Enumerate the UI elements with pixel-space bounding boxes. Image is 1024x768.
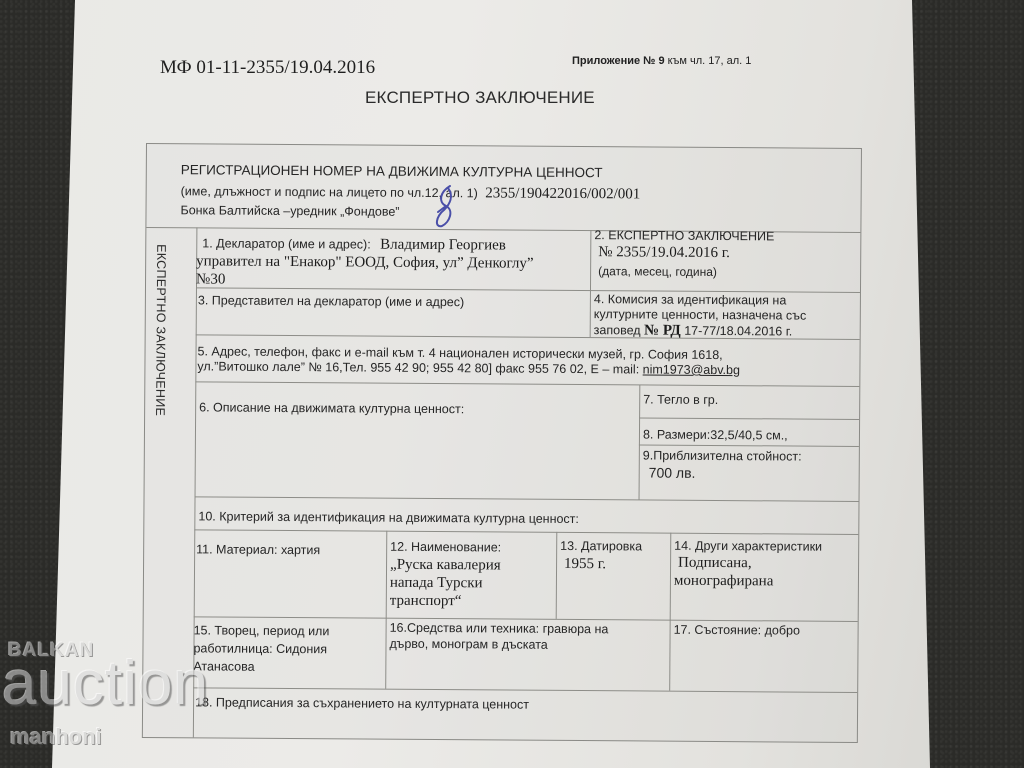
- expert-opinion-number: № 2355/19.04.2016 г.: [598, 243, 730, 262]
- title-label: 12. Наименование:: [390, 539, 501, 556]
- approx-value: 700 лв.: [649, 465, 696, 481]
- declarant-field: 1. Декларатор (име и адрес): Владимир Ге…: [202, 234, 506, 254]
- technique-field: 16.Средства или техника: гравюра на: [390, 620, 609, 638]
- registration-person-label: (име, длъжност и подпис на лицето по чл.…: [181, 182, 641, 203]
- appendix-number: Приложение № 9: [572, 55, 665, 67]
- material-field: 11. Материал: хартия: [196, 541, 320, 558]
- museum-contacts: ул.”Витошко лале” № 16,Тел. 955 42 90; 9…: [197, 358, 740, 378]
- dating-value: 1955 г.: [564, 555, 606, 573]
- preservation-field: 18. Предписания за съхранението на култу…: [195, 694, 529, 712]
- approx-value-label: 9.Приблизителна стойност:: [643, 447, 802, 464]
- registration-heading: РЕГИСТРАЦИОНЕН НОМЕР НА ДВИЖИМА КУЛТУРНА…: [181, 162, 603, 181]
- expert-opinion-form: ЕКСПЕРТНО ЗАКЛЮЧЕНИЕ РЕГИСТРАЦИОНЕН НОМЕ…: [142, 143, 862, 743]
- condition-field: 17. Състояние: добро: [674, 622, 800, 639]
- registration-person: Бонка Балтийска –уредник „Фондове”: [180, 202, 399, 220]
- declarant-address-number: №30: [196, 270, 225, 288]
- description-field: 6. Описание на движимата културна ценнос…: [199, 399, 464, 417]
- declarant-address: управител на "Енакор" ЕООД, София, ул” Д…: [196, 252, 534, 272]
- side-label: ЕКСПЕРТНО ЗАКЛЮЧЕНИЕ: [149, 244, 174, 444]
- artwork-title-line: „Руска кавалерия: [390, 556, 501, 575]
- dimensions-field: 8. Размери:32,5/40,5 см.,: [643, 426, 788, 443]
- dating-label: 13. Датировка: [560, 538, 642, 555]
- museum-email-link[interactable]: nim1973@abv.bg: [643, 362, 740, 377]
- appendix-reference: Приложение № 9 към чл. 17, ал. 1: [572, 55, 751, 67]
- commission-order: заповед № РД 17-77/18.04.2016 г.: [594, 321, 793, 340]
- creator-field: 15. Творец, период или: [194, 622, 330, 639]
- other-characteristics-value: Подписана,: [678, 554, 752, 573]
- document-title: ЕКСПЕРТНО ЗАКЛЮЧЕНИЕ: [365, 88, 595, 108]
- handwritten-signature: [420, 182, 470, 232]
- expert-opinion-date-hint: (дата, месец, година): [598, 263, 717, 280]
- registration-number: 2355/190422016/002/001: [485, 185, 640, 202]
- representative-field: 3. Представител на декларатор (име и адр…: [198, 292, 464, 310]
- expert-opinion-label: 2. ЕКСПЕРТНО ЗАКЛЮЧЕНИЕ: [594, 227, 774, 244]
- appendix-article: към чл. 17, ал. 1: [668, 55, 752, 67]
- identification-criteria-field: 10. Критерий за идентификация на движима…: [198, 508, 579, 527]
- document-number: МФ 01-11-2355/19.04.2016: [160, 57, 375, 79]
- other-characteristics-label: 14. Други характеристики: [674, 538, 822, 555]
- weight-field: 7. Тегло в гр.: [643, 391, 718, 408]
- declarant-name: Владимир Георгиев: [380, 237, 506, 254]
